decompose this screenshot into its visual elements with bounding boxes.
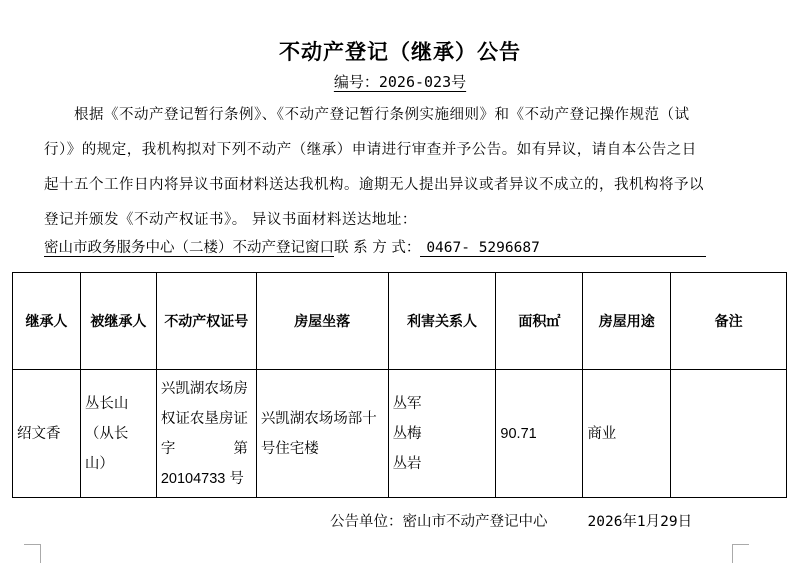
header-location: 房屋坐落: [256, 273, 388, 370]
issuer: 公告单位：密山市不动产登记中心: [330, 514, 548, 530]
table-row: 绍文香 丛长山 （从长 山） 兴凯湖农场房 权证农垦房证 字 第 2010473…: [13, 370, 787, 498]
header-cert-no: 不动产权证号: [156, 273, 256, 370]
cell-heir: 绍文香: [13, 370, 81, 498]
header-decedent: 被继承人: [80, 273, 156, 370]
cell-interested-parties: 丛军 丛梅 丛岩: [388, 370, 496, 498]
cell-usage: 商业: [583, 370, 671, 498]
table-header-row: 继承人 被继承人 不动产权证号 房屋坐落 利害关系人 面积㎡ 房屋用途 备注: [13, 273, 787, 370]
cell-location: 兴凯湖农场场部十号住宅楼: [256, 370, 388, 498]
cell-area: 90.71: [496, 370, 583, 498]
cell-remark: [671, 370, 787, 498]
page-corner-mark-left: [24, 544, 41, 563]
notice-body: 根据《不动产登记暂行条例》、《不动产登记暂行条例实施细则》和《不动产登记操作规范…: [44, 98, 744, 238]
inheritance-table: 继承人 被继承人 不动产权证号 房屋坐落 利害关系人 面积㎡ 房屋用途 备注 绍…: [12, 272, 787, 498]
header-usage: 房屋用途: [583, 273, 671, 370]
contact-label: 联 系 方 式：: [334, 240, 420, 256]
header-area: 面积㎡: [496, 273, 583, 370]
cell-decedent: 丛长山 （从长 山）: [80, 370, 156, 498]
contact-phone: 0467- 5296687: [420, 240, 706, 257]
paragraph-line: 起十五个工作日内将异议书面材料送达我机构。逾期无人提出异议或者异议不成立的，我机…: [44, 168, 744, 203]
document-number: 编号：2026-023号: [0, 71, 800, 92]
header-interested-parties: 利害关系人: [388, 273, 496, 370]
page-corner-mark-right: [732, 544, 749, 563]
header-remark: 备注: [671, 273, 787, 370]
paragraph-line: 根据《不动产登记暂行条例》、《不动产登记暂行条例实施细则》和《不动产登记操作规范…: [44, 98, 744, 133]
submission-address: 密山市政务服务中心（二楼）不动产登记窗口: [44, 240, 334, 256]
paragraph-line: 登记并颁发《不动产权证书》。 异议书面材料送达地址：: [44, 203, 744, 238]
contact-line: 密山市政务服务中心（二楼）不动产登记窗口联 系 方 式：0467- 529668…: [44, 236, 706, 257]
page-title: 不动产登记（继承）公告: [0, 36, 800, 66]
footer: 公告单位：密山市不动产登记中心2026年1月29日: [330, 510, 692, 531]
paragraph-line: 行）》的规定，我机构拟对下列不动产（继承）申请进行审查并予公告。如有异议，请自本…: [44, 133, 744, 168]
cell-cert-no: 兴凯湖农场房 权证农垦房证 字 第 20104733 号: [156, 370, 256, 498]
issue-date: 2026年1月29日: [588, 514, 693, 530]
header-heir: 继承人: [13, 273, 81, 370]
